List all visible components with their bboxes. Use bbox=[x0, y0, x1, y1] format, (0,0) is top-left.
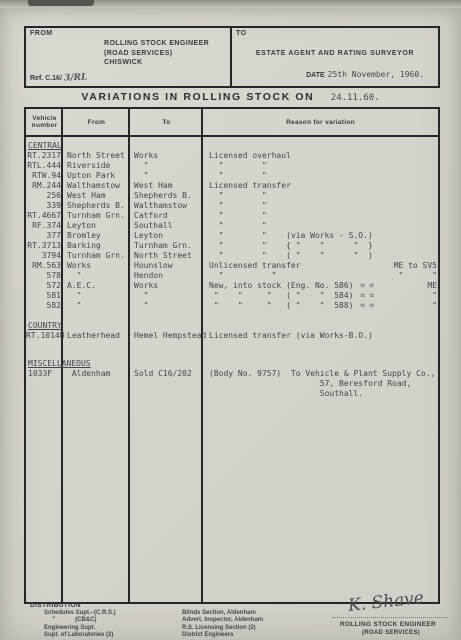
margin-note: " bbox=[398, 291, 437, 301]
scan-edge-notch bbox=[28, 0, 94, 6]
col-header-reason: Reason for variation bbox=[203, 109, 438, 135]
reason-text: " " bbox=[209, 191, 267, 200]
reason-text: " " bbox=[209, 221, 267, 230]
cell-vehicle-number: 1033F bbox=[26, 369, 63, 399]
section-heading: COUNTRY bbox=[26, 321, 438, 331]
cell-reason: " " ( " " " ) bbox=[203, 251, 438, 261]
cell-to: " bbox=[130, 171, 203, 181]
distribution-middle-list: Blinds Section, Aldenham Advert. Inspect… bbox=[182, 610, 263, 640]
col-header-to: To bbox=[130, 109, 203, 135]
table-header-row: Vehicle number From To Reason for variat… bbox=[26, 109, 438, 137]
from-line-2: (ROAD SERVICES) bbox=[104, 49, 209, 59]
cell-reason: " " (via Works - S.O.) bbox=[203, 231, 438, 241]
reason-text: " " (via Works - S.O.) bbox=[209, 231, 373, 240]
cell-to: Works bbox=[130, 151, 203, 161]
ref-label: Ref. C.16/ bbox=[30, 75, 62, 82]
cell-vehicle-number: RT.3713 bbox=[26, 241, 63, 251]
ref-line: Ref. C.16/3/RL bbox=[30, 73, 87, 83]
cell-from: Barking bbox=[63, 241, 130, 251]
cell-reason: " " " ( " " 584)∝ ∝ " bbox=[203, 291, 438, 301]
cell-reason: (Body No. 9757) To Vehicle & Plant Suppl… bbox=[203, 369, 438, 399]
reason-text: " " { " " " } bbox=[209, 241, 373, 250]
reason-text: Licensed transfer (via Works-B.O.) bbox=[209, 331, 373, 340]
cell-to: Shepherds B. bbox=[130, 191, 203, 201]
reason-text: New, into stock (Eng. No. 586) bbox=[209, 281, 354, 290]
scanned-memo-page: FROM ROLLING STOCK ENGINEER (ROAD SERVIC… bbox=[0, 0, 461, 640]
table-row: RF.374LeytonSouthall " " bbox=[26, 221, 438, 231]
from-line-3: CHISWICK bbox=[104, 58, 209, 68]
to-recipient: ESTATE AGENT AND RATING SURVEYOR bbox=[232, 50, 438, 57]
table-row: 578 "Hendon " " " " bbox=[26, 271, 438, 281]
reason-text: Unlicensed transfer bbox=[209, 261, 301, 270]
date-line: DATE25th November, 1960. bbox=[306, 70, 424, 79]
cell-reason: " " bbox=[203, 161, 438, 171]
cell-vehicle-number: RF.374 bbox=[26, 221, 63, 231]
distribution-label: DISTRIBUTION bbox=[30, 602, 81, 609]
table-row: RTW.94Upton Park " " " bbox=[26, 171, 438, 181]
reason-text: Licensed overhaul bbox=[209, 151, 291, 160]
reason-text: " " bbox=[209, 171, 267, 180]
cell-to: Sold C16/202 bbox=[130, 369, 203, 399]
cell-reason: Licensed overhaul bbox=[203, 151, 438, 161]
cell-reason: " " bbox=[203, 201, 438, 211]
table-row: RM.244WalthamstowWest HamLicensed transf… bbox=[26, 181, 438, 191]
distribution-left-list: Schedules Supt.–(C.R.S.) " (CB&C) Engine… bbox=[44, 610, 116, 640]
cell-from: Works bbox=[63, 261, 130, 271]
table-row: 1033F AldenhamSold C16/202(Body No. 9757… bbox=[26, 369, 438, 399]
handwritten-check-marks: ∝ ∝ bbox=[360, 291, 375, 301]
signature-subtitle: (ROAD SERVICES) bbox=[362, 630, 420, 636]
reason-text: " " bbox=[209, 161, 267, 170]
cell-vehicle-number: 256 bbox=[26, 191, 63, 201]
reason-text: (Body No. 9757) To Vehicle & Plant Suppl… bbox=[209, 369, 435, 398]
section-heading: MISCELLANEOUS bbox=[26, 359, 438, 369]
cell-to: Turnham Grn. bbox=[130, 241, 203, 251]
table-row: RT.1014BLeatherheadHemel HempsteadLicens… bbox=[26, 331, 438, 341]
cell-from: Upton Park bbox=[63, 171, 130, 181]
cell-reason: New, into stock (Eng. No. 586)∝ ∝ ME bbox=[203, 281, 438, 291]
cell-to: Hemel Hempstead bbox=[130, 331, 203, 341]
reason-text: " " bbox=[209, 271, 276, 280]
cell-to: Hendon bbox=[130, 271, 203, 281]
cell-from: Turnham Grn. bbox=[63, 251, 130, 261]
cell-vehicle-number: RT.2317 bbox=[26, 151, 63, 161]
cell-to: Walthamstow bbox=[130, 201, 203, 211]
cell-to: West Ham bbox=[130, 181, 203, 191]
cell-to: " bbox=[130, 301, 203, 311]
from-cell: FROM ROLLING STOCK ENGINEER (ROAD SERVIC… bbox=[26, 28, 232, 86]
table-row: 582 " " " " " ( " " 588)∝ ∝ " bbox=[26, 301, 438, 311]
cell-vehicle-number: 582 bbox=[26, 301, 63, 311]
cell-reason: " " bbox=[203, 191, 438, 201]
cell-to: " bbox=[130, 161, 203, 171]
cell-from: Bromley bbox=[63, 231, 130, 241]
cell-vehicle-number: RM.563 bbox=[26, 261, 63, 271]
cell-to: Leyton bbox=[130, 231, 203, 241]
cell-from: Aldenham bbox=[63, 369, 130, 399]
cell-to: Southall bbox=[130, 221, 203, 231]
reason-text: " " " ( " " 588) bbox=[209, 301, 354, 310]
cell-reason: Unlicensed transferME to SV5 bbox=[203, 261, 438, 271]
table-row: 339Shepherds B.Walthamstow " " bbox=[26, 201, 438, 211]
section-heading: CENTRAL bbox=[26, 141, 438, 151]
handwritten-check-marks: ∝ ∝ bbox=[360, 301, 375, 311]
cell-vehicle-number: RT.1014B bbox=[26, 331, 63, 341]
table-row: RT.3713BarkingTurnham Grn. " " { " " " } bbox=[26, 241, 438, 251]
cell-from: A.E.C. bbox=[63, 281, 130, 291]
cell-vehicle-number: 3794 bbox=[26, 251, 63, 261]
margin-note: " " bbox=[394, 271, 437, 281]
table-row: 3794Turnham Grn.North Street " " ( " " "… bbox=[26, 251, 438, 261]
cell-from: Riverside bbox=[63, 161, 130, 171]
cell-reason: " " " ( " " 588)∝ ∝ " bbox=[203, 301, 438, 311]
cell-from: Walthamstow bbox=[63, 181, 130, 191]
reason-text: Licensed transfer bbox=[209, 181, 291, 190]
cell-reason: " " bbox=[203, 221, 438, 231]
table-body: CENTRALRT.2317North StreetWorksLicensed … bbox=[26, 135, 438, 602]
signature-dotted-line bbox=[332, 617, 448, 618]
cell-from: West Ham bbox=[63, 191, 130, 201]
cell-from: Leatherhead bbox=[63, 331, 130, 341]
cell-vehicle-number: 572 bbox=[26, 281, 63, 291]
reason-text: " " bbox=[209, 211, 267, 220]
table-section-country: COUNTRYRT.1014BLeatherheadHemel Hempstea… bbox=[26, 321, 438, 341]
cell-to: Catford bbox=[130, 211, 203, 221]
table-row: RT.4667Turnham Grn.Catford " " bbox=[26, 211, 438, 221]
cell-reason: " " { " " " } bbox=[203, 241, 438, 251]
cell-from: North Street bbox=[63, 151, 130, 161]
cell-from: Shepherds B. bbox=[63, 201, 130, 211]
cell-to: Hounslow bbox=[130, 261, 203, 271]
table-row: RT.2317North StreetWorksLicensed overhau… bbox=[26, 151, 438, 161]
date-label: DATE bbox=[306, 72, 325, 79]
to-label: TO bbox=[236, 30, 247, 37]
margin-note: ME to SV5 bbox=[394, 261, 437, 271]
cell-vehicle-number: 578 bbox=[26, 271, 63, 281]
table-row: RM.563WorksHounslowUnlicensed transferME… bbox=[26, 261, 438, 271]
cell-vehicle-number: 339 bbox=[26, 201, 63, 211]
title-typed-date: 24.11.60. bbox=[331, 93, 380, 103]
from-address: ROLLING STOCK ENGINEER (ROAD SERVICES) C… bbox=[104, 39, 209, 68]
cell-vehicle-number: RTL.444 bbox=[26, 161, 63, 171]
from-line-1: ROLLING STOCK ENGINEER bbox=[104, 39, 209, 49]
reason-text: " " " ( " " 584) bbox=[209, 291, 354, 300]
cell-vehicle-number: 377 bbox=[26, 231, 63, 241]
date-typed-value: 25th November, 1960. bbox=[328, 70, 424, 79]
cell-reason: " " " " bbox=[203, 271, 438, 281]
ref-handwritten-value: 3/RL bbox=[64, 73, 88, 84]
cell-vehicle-number: RT.4667 bbox=[26, 211, 63, 221]
to-cell: TO ESTATE AGENT AND RATING SURVEYOR DATE… bbox=[232, 28, 438, 86]
cell-to: Works bbox=[130, 281, 203, 291]
cell-to: " bbox=[130, 291, 203, 301]
cell-from: Leyton bbox=[63, 221, 130, 231]
table-row: 572A.E.C.WorksNew, into stock (Eng. No. … bbox=[26, 281, 438, 291]
table-row: RTL.444Riverside " " " bbox=[26, 161, 438, 171]
cell-vehicle-number: 581 bbox=[26, 291, 63, 301]
cell-from: " bbox=[63, 271, 130, 281]
variations-table: Vehicle number From To Reason for variat… bbox=[24, 107, 440, 604]
table-section-miscellaneous: MISCELLANEOUS1033F AldenhamSold C16/202(… bbox=[26, 359, 438, 399]
margin-note: ME bbox=[398, 281, 437, 291]
margin-note: " bbox=[398, 301, 437, 311]
table-row: 377BromleyLeyton " " (via Works - S.O.) bbox=[26, 231, 438, 241]
cell-vehicle-number: RM.244 bbox=[26, 181, 63, 191]
table-row: 256West HamShepherds B. " " bbox=[26, 191, 438, 201]
handwritten-check-marks: ∝ ∝ bbox=[360, 281, 375, 291]
reason-text: " " bbox=[209, 201, 267, 210]
cell-from: Turnham Grn. bbox=[63, 211, 130, 221]
table-section-central: CENTRALRT.2317North StreetWorksLicensed … bbox=[26, 141, 438, 311]
title-printed-text: VARIATIONS IN ROLLING STOCK ON bbox=[81, 91, 314, 103]
col-header-from: From bbox=[63, 109, 130, 135]
cell-from: " bbox=[63, 291, 130, 301]
cell-from: " bbox=[63, 301, 130, 311]
cell-reason: Licensed transfer bbox=[203, 181, 438, 191]
from-label: FROM bbox=[30, 30, 53, 37]
cell-reason: " " bbox=[203, 171, 438, 181]
cell-to: North Street bbox=[130, 251, 203, 261]
cell-reason: Licensed transfer (via Works-B.O.) bbox=[203, 331, 438, 341]
cell-reason: " " bbox=[203, 211, 438, 221]
memo-header-box: FROM ROLLING STOCK ENGINEER (ROAD SERVIC… bbox=[24, 26, 440, 88]
document-title: VARIATIONS IN ROLLING STOCK ON 24.11.60. bbox=[0, 87, 461, 105]
signature-title: ROLLING STOCK ENGINEER bbox=[340, 621, 436, 628]
col-header-vehicle-number: Vehicle number bbox=[26, 109, 63, 135]
cell-vehicle-number: RTW.94 bbox=[26, 171, 63, 181]
table-row: 581 " " " " " ( " " 584)∝ ∝ " bbox=[26, 291, 438, 301]
reason-text: " " ( " " " ) bbox=[209, 251, 373, 260]
